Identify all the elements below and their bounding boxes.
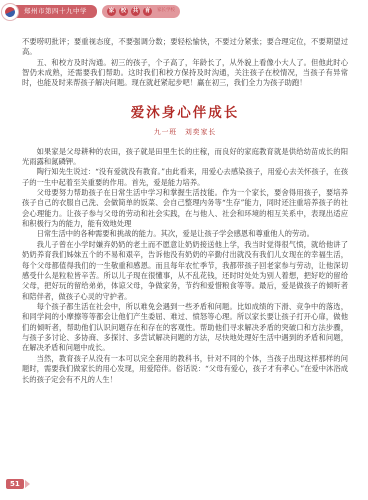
badge-caption: 家长学校 (157, 9, 175, 14)
paragraph: 陶行知先生说过：“没有爱就没有教育。”由此看来，用爱心去感染孩子，用爱心去关怀孩… (22, 167, 348, 188)
page-header: 郑州市第四十九中学 家 校 共 育 家长学校 (8, 5, 180, 18)
article-byline: 九一班 刘奕家长 (22, 128, 348, 138)
badge-circle: 校 (119, 7, 128, 16)
badge-ribbon: 家 校 共 育 家长学校 (102, 5, 180, 18)
newsletter-page: { "header": { "school_name": "郑州市第四十九中学"… (0, 0, 368, 500)
article-title: 爱沐身心伴成长 (22, 104, 348, 123)
school-logo-icon (1, 3, 19, 21)
page-badge-tail-icon (25, 480, 30, 488)
paragraph: 如果家是父母耕种的农田，孩子就是田里生长的庄稼，而良好的家庭教育就是供给幼苗成长… (22, 147, 348, 168)
badge-circle: 育 (143, 7, 152, 16)
badge-circle: 共 (131, 7, 140, 16)
badge-circle: 家 (107, 7, 116, 16)
paragraph: 当然，教育孩子从没有一本可以完全套用的教科书，针对不同的个体，当孩子出现这样那样… (22, 354, 348, 385)
school-name-ribbon: 郑州市第四十九中学 (8, 5, 97, 18)
page-number-badge: 51 (6, 479, 24, 489)
school-name: 郑州市第四十九中学 (24, 7, 87, 15)
paragraph: 日常生活中的各种需要和挑战的能力。其次，爱是让孩子学会感恩和尊重他人的劳动。 (22, 229, 348, 239)
article-body: 不要唠叨批评；要重视态度，不要强调分数；要轻松愉快，不要过分紧张；要合理定位，不… (22, 37, 348, 385)
paragraph: 父母要努力帮助孩子在日常生活中学习和掌握生活技能。作为一个家长，要舍得用孩子，要… (22, 188, 348, 229)
paragraph: 五、和校方及时沟通。初三的孩子，个子高了，年龄长了，从外貌上看像小大人了。但他此… (22, 58, 348, 89)
page-footer: 51 (6, 479, 30, 489)
logo-swirl-icon (4, 6, 17, 19)
paragraph: 不要唠叨批评；要重视态度，不要强调分数；要轻松愉快，不要过分紧张；要合理定位，不… (22, 37, 348, 58)
paragraph: 每个孩子都生活在社会中，所以难免会遇到一些矛盾和问题。比如成绩的下滑、竞争中的落… (22, 302, 348, 354)
paragraph: 我儿子曾在小学时嫌弃奶奶的老土而不愿意让奶奶接送他上学，我当时觉得很气愤，就给他… (22, 240, 348, 302)
